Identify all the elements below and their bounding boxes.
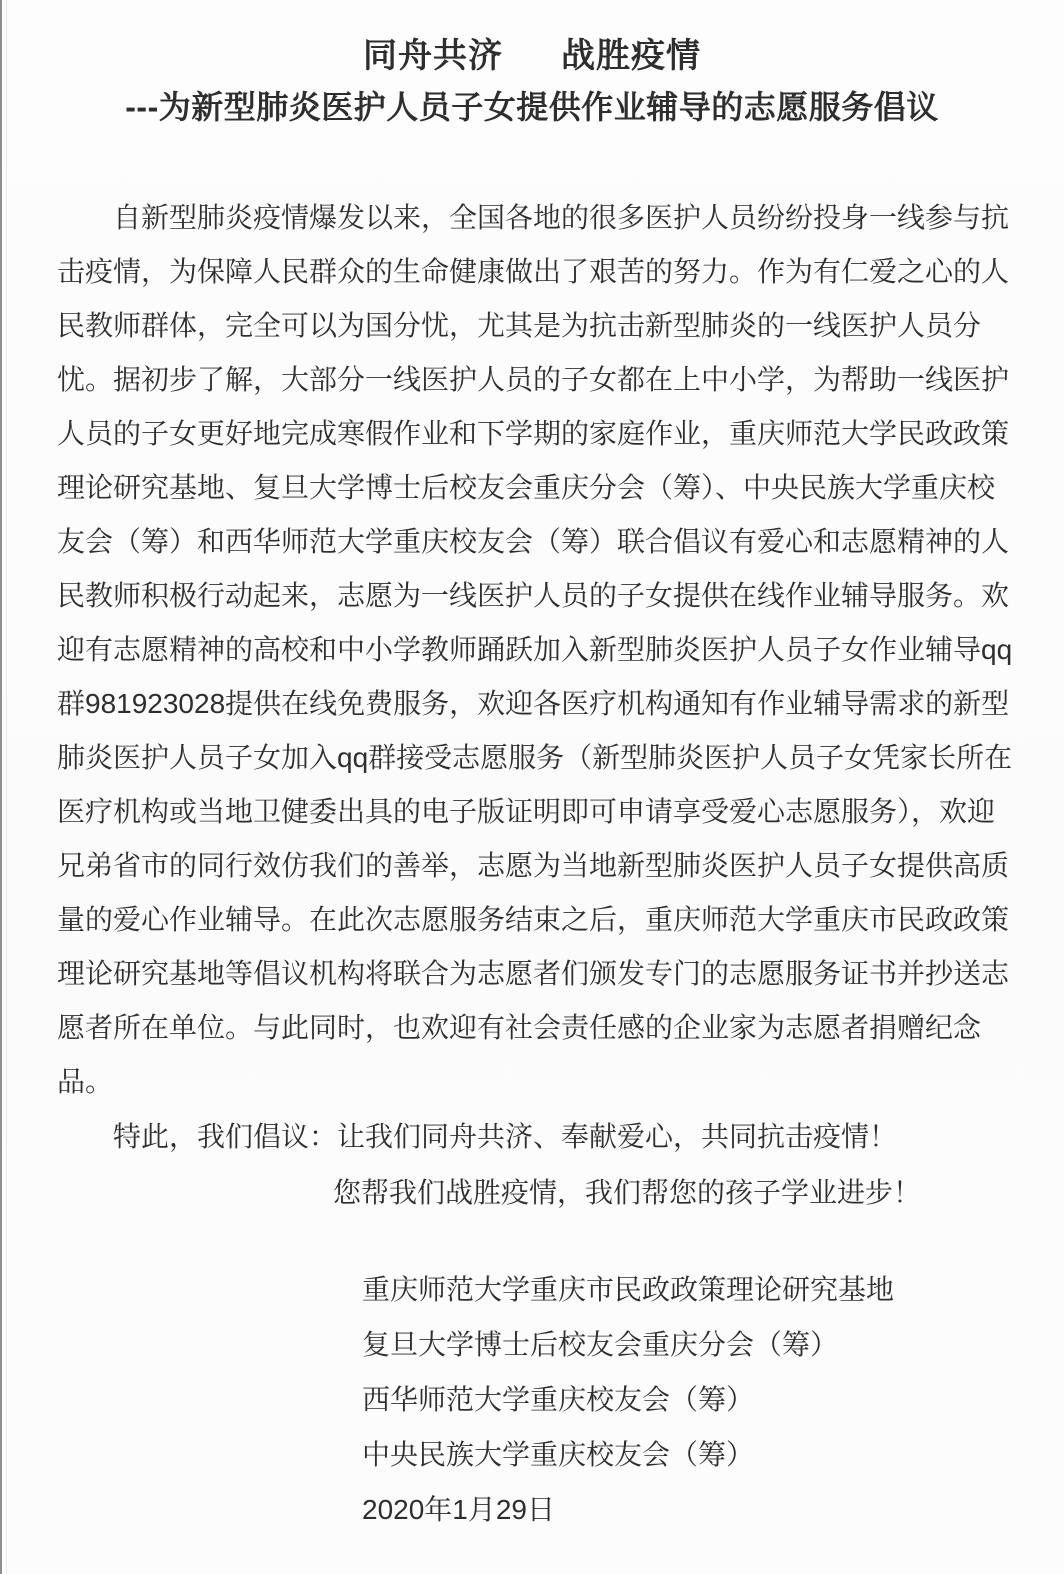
body-line: 友会（筹）和西华师范大学重庆校友会（筹）联合倡议有爱心和志愿精神的人 [57,515,1015,569]
body-line: 医疗机构或当地卫健委出具的电子版证明即可申请享受爱心志愿服务），欢迎 [57,785,1015,839]
body-line: 忧。据初步了解，大部分一线医护人员的子女都在上中小学，为帮助一线医护 [57,353,1015,407]
signature-block: 重庆师范大学重庆市民政政策理论研究基地 复旦大学博士后校友会重庆分会（筹） 西华… [362,1262,894,1537]
scan-edge-line [0,0,2,1574]
signature-line: 西华师范大学重庆校友会（筹） [362,1372,894,1427]
closing-line-2: 您帮我们战胜疫情，我们帮您的孩子学业进步！ [333,1165,1015,1221]
title-part-1: 同舟共济 [363,34,503,78]
document-subtitle: ---为新型肺炎医护人员子女提供作业辅导的志愿服务倡议 [0,86,1064,128]
body-line: 品。 [57,1055,1015,1109]
title-part-2: 战胜疫情 [561,34,701,78]
body-line: 肺炎医护人员子女加入qq群接受志愿服务（新型肺炎医护人员子女凭家长所在 [57,731,1015,785]
document-date: 2020年1月29日 [362,1482,894,1537]
body-line: 击疫情，为保障人民群众的生命健康做出了艰苦的努力。作为有仁爱之心的人 [57,245,1015,299]
body-line: 兄弟省市的同行效仿我们的善举，志愿为当地新型肺炎医护人员子女提供高质 [57,839,1015,893]
closing-line-1: 特此，我们倡议：让我们同舟共济、奉献爱心，共同抗击疫情！ [57,1109,1015,1165]
closing-appeal: 特此，我们倡议：让我们同舟共济、奉献爱心，共同抗击疫情！ 您帮我们战胜疫情，我们… [57,1109,1015,1221]
body-line: 民教师积极行动起来，志愿为一线医护人员的子女提供在线作业辅导服务。欢 [57,569,1015,623]
body-line: 理论研究基地等倡议机构将联合为志愿者们颁发专门的志愿服务证书并抄送志 [57,947,1015,1001]
body-line: 群981923028提供在线免费服务，欢迎各医疗机构通知有作业辅导需求的新型 [57,677,1015,731]
signature-line: 重庆师范大学重庆市民政政策理论研究基地 [362,1262,894,1317]
body-line: 迎有志愿精神的高校和中小学教师踊跃加入新型肺炎医护人员子女作业辅导qq [57,623,1015,677]
signature-line: 中央民族大学重庆校友会（筹） [362,1427,894,1482]
body-line: 人员的子女更好地完成寒假作业和下学期的家庭作业，重庆师范大学民政政策 [57,407,1015,461]
document-body: 自新型肺炎疫情爆发以来，全国各地的很多医护人员纷纷投身一线参与抗 击疫情，为保障… [57,191,1015,1109]
scan-edge-shadow [6,0,7,1574]
signature-line: 复旦大学博士后校友会重庆分会（筹） [362,1317,894,1372]
document-title: 同舟共济 战胜疫情 [0,34,1064,78]
body-line: 理论研究基地、复旦大学博士后校友会重庆分会（筹）、中央民族大学重庆校 [57,461,1015,515]
body-line: 愿者所在单位。与此同时，也欢迎有社会责任感的企业家为志愿者捐赠纪念 [57,1001,1015,1055]
document-page: 同舟共济 战胜疫情 ---为新型肺炎医护人员子女提供作业辅导的志愿服务倡议 自新… [0,0,1064,1574]
body-line: 自新型肺炎疫情爆发以来，全国各地的很多医护人员纷纷投身一线参与抗 [57,191,1015,245]
body-line: 量的爱心作业辅导。在此次志愿服务结束之后，重庆师范大学重庆市民政政策 [57,893,1015,947]
body-line: 民教师群体，完全可以为国分忧，尤其是为抗击新型肺炎的一线医护人员分 [57,299,1015,353]
